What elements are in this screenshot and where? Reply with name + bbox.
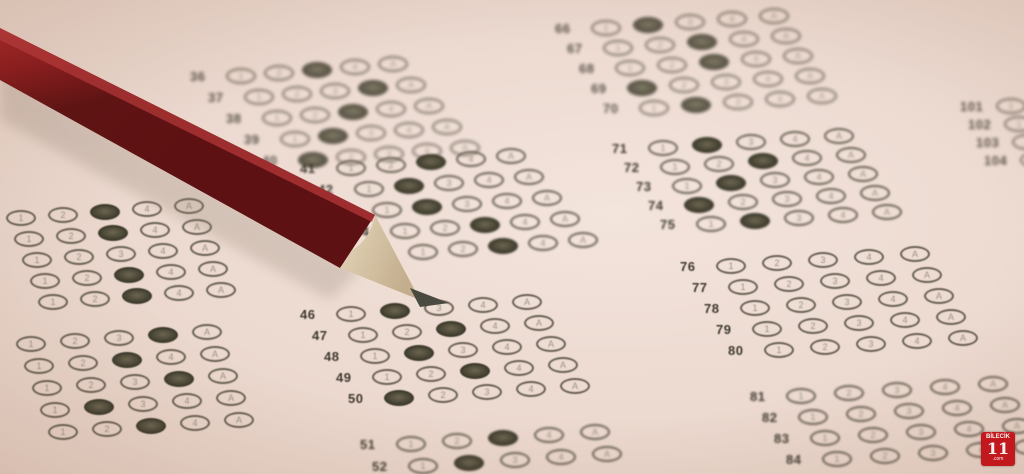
answer-bubble[interactable]: 4 (717, 11, 747, 27)
answer-bubble[interactable]: 3 (106, 246, 136, 262)
answer-bubble[interactable]: 2 (442, 433, 472, 449)
answer-bubble[interactable]: 1 (639, 100, 669, 116)
question-number: 68 (579, 61, 594, 76)
answer-bubble-filled[interactable]: 2 (633, 17, 663, 33)
answer-bubble[interactable]: 3 (424, 300, 454, 316)
answer-bubble[interactable]: A (900, 246, 930, 262)
answer-bubble[interactable]: 4 (492, 339, 522, 355)
answer-bubble-filled[interactable]: 3 (699, 54, 729, 70)
question-number: 70 (603, 101, 618, 116)
answer-bubble[interactable]: A (208, 368, 238, 384)
answer-bubble[interactable]: 1 (798, 409, 828, 425)
answer-bubble-filled[interactable]: 3 (136, 418, 166, 434)
question-number: 43 (336, 203, 351, 218)
answer-bubble[interactable]: A (924, 288, 954, 304)
answer-bubble-filled[interactable]: 3 (436, 321, 466, 337)
answer-bubble[interactable]: A (514, 169, 544, 185)
answer-bubble[interactable]: 1 (280, 131, 310, 147)
answer-bubble[interactable]: 4 (890, 312, 920, 328)
question-number: 45 (372, 245, 387, 260)
answer-bubble[interactable]: 2 (416, 366, 446, 382)
answer-bubble[interactable]: 1 (1012, 134, 1024, 150)
answer-bubble[interactable]: A (396, 77, 426, 93)
answer-bubble[interactable]: 2 (645, 37, 675, 53)
answer-bubble[interactable]: 3 (820, 273, 850, 289)
answer-bubble[interactable]: 1 (408, 458, 438, 474)
answer-bubble[interactable]: 4 (376, 101, 406, 117)
answer-bubble[interactable]: 3 (320, 83, 350, 99)
answer-bubble[interactable]: 4 (474, 172, 504, 188)
answer-bubble[interactable]: 3 (452, 196, 482, 212)
answer-bubble[interactable]: 1 (354, 181, 384, 197)
answer-bubble[interactable]: 1 (390, 223, 420, 239)
answer-bubble[interactable]: 4 (480, 318, 510, 334)
answer-bubble[interactable]: 4 (753, 71, 783, 87)
answer-bubble[interactable]: 2 (762, 255, 792, 271)
answer-bubble[interactable]: 4 (534, 427, 564, 443)
answer-bubble[interactable]: 4 (741, 51, 771, 67)
answer-bubble[interactable]: 1 (48, 424, 78, 440)
answer-bubble[interactable]: A (912, 267, 942, 283)
answer-bubble[interactable]: A (532, 190, 562, 206)
answer-bubble[interactable]: A (548, 357, 578, 373)
answer-bubble[interactable]: A (795, 68, 825, 84)
question-number: 50 (348, 391, 363, 406)
answer-bubble[interactable]: 3 (120, 374, 150, 390)
answer-bubble[interactable]: 4 (468, 297, 498, 313)
answer-bubble[interactable]: 1 (740, 300, 770, 316)
answer-bubble[interactable]: A (807, 88, 837, 104)
question-number: 73 (636, 179, 651, 194)
answer-bubble[interactable]: 4 (828, 207, 858, 223)
answer-bubble[interactable]: 3 (356, 125, 386, 141)
answer-bubble-filled[interactable]: 2 (380, 303, 410, 319)
answer-bubble[interactable]: 2 (300, 107, 330, 123)
answer-bubble[interactable]: 3 (711, 74, 741, 90)
answer-bubble[interactable]: A (224, 412, 254, 428)
answer-bubble[interactable]: 2 (448, 241, 478, 257)
answer-bubble[interactable]: 2 (704, 156, 734, 172)
answer-bubble-filled[interactable]: 2 (318, 128, 348, 144)
answer-bubble[interactable]: 1 (672, 178, 702, 194)
answer-bubble-filled[interactable]: 2 (412, 199, 442, 215)
answer-bubble[interactable]: 2 (56, 228, 86, 244)
answer-bubble[interactable]: 1 (408, 244, 438, 260)
answer-bubble[interactable]: A (206, 282, 236, 298)
answer-bubble[interactable]: A (190, 240, 220, 256)
answer-bubble[interactable]: 4 (164, 285, 194, 301)
answer-bubble[interactable]: 1 (30, 273, 60, 289)
answer-bubble-filled[interactable]: 3 (98, 225, 128, 241)
answer-bubble[interactable]: 4 (780, 131, 810, 147)
answer-bubble[interactable]: 2 (846, 406, 876, 422)
answer-bubble-filled[interactable]: 2 (740, 213, 770, 229)
answer-bubble[interactable]: 1 (360, 348, 390, 364)
answer-bubble[interactable]: 4 (954, 421, 984, 437)
answer-bubble[interactable]: 2 (48, 207, 78, 223)
answer-bubble-filled[interactable]: 2 (84, 399, 114, 415)
answer-bubble[interactable]: 4 (394, 122, 424, 138)
answer-bubble[interactable]: A (560, 378, 590, 394)
answer-bubble[interactable]: A (978, 376, 1008, 392)
answer-bubble[interactable]: 4 (902, 333, 932, 349)
answer-bubble[interactable]: 2 (669, 77, 699, 93)
question-number: 51 (360, 437, 375, 452)
answer-bubble[interactable]: 4 (878, 291, 908, 307)
answer-bubble-filled[interactable]: 4 (164, 371, 194, 387)
answer-bubble[interactable]: A (432, 119, 462, 135)
answer-bubble[interactable]: 4 (132, 201, 162, 217)
question-number: 84 (786, 452, 801, 467)
answer-bubble[interactable]: 1 (716, 258, 746, 274)
answer-bubble[interactable]: 1 (603, 40, 633, 56)
logo-number: 11 (981, 441, 1015, 456)
answer-bubble[interactable]: A (182, 219, 212, 235)
answer-bubble-filled[interactable]: 2 (404, 345, 434, 361)
answer-bubble[interactable]: A (414, 98, 444, 114)
question-number: 42 (318, 182, 333, 197)
answer-bubble[interactable]: 1 (348, 327, 378, 343)
question-number: 79 (716, 322, 731, 337)
answer-bubble[interactable]: 1 (786, 388, 816, 404)
answer-bubble[interactable]: 3 (882, 382, 912, 398)
answer-bubble[interactable]: 1 (16, 336, 46, 352)
question-number: 76 (680, 259, 695, 274)
answer-bubble[interactable]: 4 (172, 393, 202, 409)
answer-bubble[interactable]: 4 (528, 235, 558, 251)
answer-bubble[interactable]: 2 (834, 385, 864, 401)
question-number: 66 (555, 21, 570, 36)
answer-sheet-photo: 361234A371234A381234A391234A401234A41123… (0, 0, 1024, 474)
answer-bubble-filled[interactable]: 3 (460, 363, 490, 379)
answer-bubble[interactable]: 3 (784, 210, 814, 226)
bilecik11-logo: BİLECİK 11 .com (981, 432, 1015, 466)
answer-bubble-filled[interactable]: 3 (122, 288, 152, 304)
answer-bubble[interactable]: 1 (822, 451, 852, 467)
answer-bubble[interactable]: 4 (866, 270, 896, 286)
answer-bubble[interactable]: 4 (510, 214, 540, 230)
answer-bubble[interactable]: 2 (72, 270, 102, 286)
answer-bubble[interactable]: 2 (68, 355, 98, 371)
answer-bubble[interactable]: 3 (500, 452, 530, 468)
question-number: 82 (762, 410, 777, 425)
answer-bubble[interactable]: 1 (648, 140, 678, 156)
answer-bubble[interactable]: 2 (810, 339, 840, 355)
answer-bubble[interactable]: 4 (492, 193, 522, 209)
answer-bubble[interactable]: 4 (765, 91, 795, 107)
answer-bubble[interactable]: 3 (856, 336, 886, 352)
question-number: 102 (968, 117, 991, 132)
question-number: 38 (226, 111, 241, 126)
answer-bubble[interactable]: 2 (80, 291, 110, 307)
answer-bubble[interactable]: 2 (60, 333, 90, 349)
answer-bubble[interactable]: 3 (894, 403, 924, 419)
answer-bubble[interactable]: 4 (546, 449, 576, 465)
answer-bubble[interactable]: A (216, 390, 246, 406)
answer-bubble[interactable]: A (496, 148, 526, 164)
question-number: 78 (704, 301, 719, 316)
question-number: 74 (648, 198, 663, 213)
answer-bubble[interactable]: A (836, 147, 866, 163)
answer-bubble[interactable]: 1 (660, 159, 690, 175)
answer-bubble-filled[interactable]: 4 (358, 80, 388, 96)
question-number: 44 (354, 224, 369, 239)
answer-bubble[interactable]: A (1014, 439, 1024, 455)
answer-bubble-filled[interactable]: 1 (627, 80, 657, 96)
answer-bubble[interactable]: 1 (728, 279, 758, 295)
answer-bubble[interactable]: 3 (736, 134, 766, 150)
answer-bubble[interactable]: 1 (996, 98, 1024, 114)
answer-bubble[interactable]: A (198, 261, 228, 277)
answer-bubble[interactable]: A (783, 48, 813, 64)
answer-bubble[interactable]: A (378, 56, 408, 72)
answer-bubble[interactable]: 1 (615, 60, 645, 76)
answer-bubble[interactable]: A (824, 128, 854, 144)
question-number: 67 (567, 41, 582, 56)
answer-bubble[interactable]: 1 (6, 210, 36, 226)
answer-bubble[interactable]: 4 (854, 249, 884, 265)
question-number: 49 (336, 370, 351, 385)
answer-bubble[interactable]: 2 (798, 318, 828, 334)
answer-bubble[interactable]: A (771, 28, 801, 44)
answer-bubble[interactable]: A (524, 315, 554, 331)
answer-bubble[interactable]: 4 (148, 243, 178, 259)
answer-bubble[interactable]: 2 (392, 324, 422, 340)
answer-bubble[interactable]: 1 (396, 436, 426, 452)
answer-bubble[interactable]: 4 (516, 381, 546, 397)
question-number: 83 (774, 431, 789, 446)
answer-bubble[interactable]: A (536, 336, 566, 352)
answer-bubble[interactable]: 1 (696, 216, 726, 232)
answer-bubble-filled[interactable]: 3 (687, 34, 717, 50)
question-number: 80 (728, 343, 743, 358)
question-number: 75 (660, 217, 675, 232)
answer-bubble-filled[interactable]: 3 (416, 154, 446, 170)
answer-bubble[interactable]: A (174, 198, 204, 214)
answer-bubble[interactable]: 2 (774, 276, 804, 292)
question-number: 52 (372, 459, 387, 474)
answer-bubble[interactable]: 1 (336, 306, 366, 322)
answer-bubble[interactable]: 1 (372, 369, 402, 385)
question-number: 72 (624, 160, 639, 175)
answer-bubble[interactable]: 3 (104, 330, 134, 346)
answer-bubble[interactable]: 2 (430, 220, 460, 236)
answer-bubble[interactable]: 3 (772, 191, 802, 207)
answer-bubble[interactable]: 4 (942, 400, 972, 416)
answer-bubble[interactable]: 4 (930, 379, 960, 395)
answer-bubble[interactable]: 1 (336, 160, 366, 176)
question-number: 81 (750, 389, 765, 404)
answer-bubble[interactable]: 1 (24, 358, 54, 374)
answer-bubble[interactable]: 1 (244, 89, 274, 105)
question-number: 39 (244, 132, 259, 147)
answer-bubble[interactable]: 3 (832, 294, 862, 310)
answer-bubble[interactable]: A (592, 446, 622, 462)
answer-bubble[interactable]: 4 (180, 415, 210, 431)
answer-bubble[interactable]: 2 (92, 421, 122, 437)
answer-bubble[interactable]: 1 (22, 252, 52, 268)
answer-bubble[interactable]: 1 (764, 342, 794, 358)
answer-bubble-filled[interactable]: 1 (384, 390, 414, 406)
answer-bubble-filled[interactable]: 1 (684, 197, 714, 213)
answer-bubble[interactable]: 4 (156, 264, 186, 280)
question-number: 71 (612, 141, 627, 156)
answer-bubble[interactable]: 1 (1004, 116, 1024, 132)
question-number: 47 (312, 328, 327, 343)
question-number: 37 (208, 90, 223, 105)
answer-bubble-filled[interactable]: 3 (90, 204, 120, 220)
answer-bubble[interactable]: 2 (870, 448, 900, 464)
answer-bubble[interactable]: 3 (675, 14, 705, 30)
answer-bubble[interactable]: 4 (804, 169, 834, 185)
answer-bubble[interactable]: 2 (786, 297, 816, 313)
answer-bubble[interactable]: 1 (1020, 152, 1024, 168)
answer-bubble[interactable]: A (192, 324, 222, 340)
answer-bubble[interactable]: A (948, 330, 978, 346)
answer-bubble[interactable]: 3 (906, 424, 936, 440)
answer-bubble[interactable]: 4 (792, 150, 822, 166)
answer-bubble-filled[interactable]: 2 (454, 455, 484, 471)
answer-bubble[interactable]: 2 (264, 65, 294, 81)
answer-bubble-filled[interactable]: 3 (302, 62, 332, 78)
answer-bubble[interactable]: 2 (64, 249, 94, 265)
answer-bubble[interactable]: 1 (810, 430, 840, 446)
answer-bubble-filled[interactable]: 2 (681, 97, 711, 113)
answer-bubble[interactable]: A (200, 346, 230, 362)
question-number: 36 (190, 69, 205, 84)
answer-bubble[interactable]: 1 (226, 68, 256, 84)
answer-bubble[interactable]: 4 (816, 188, 846, 204)
answer-bubble[interactable]: 1 (38, 294, 68, 310)
answer-bubble[interactable]: 3 (918, 445, 948, 461)
question-number: 103 (976, 135, 999, 150)
answer-bubble-filled[interactable]: 3 (114, 267, 144, 283)
question-number: 48 (324, 349, 339, 364)
answer-bubble[interactable]: 2 (728, 194, 758, 210)
answer-bubble[interactable]: 4 (340, 59, 370, 75)
answer-bubble[interactable]: 3 (760, 172, 790, 188)
question-number: 41 (300, 161, 315, 176)
answer-bubble[interactable]: A (550, 211, 580, 227)
answer-bubble[interactable]: A (580, 424, 610, 440)
answer-bubble[interactable]: 1 (32, 380, 62, 396)
answer-bubble[interactable]: 3 (844, 315, 874, 331)
answer-bubble[interactable]: 4 (729, 31, 759, 47)
answer-bubble-filled[interactable]: 3 (488, 430, 518, 446)
answer-bubble-filled[interactable]: 3 (338, 104, 368, 120)
answer-bubble[interactable]: 2 (428, 387, 458, 403)
question-number: 101 (960, 99, 983, 114)
answer-bubble[interactable]: 1 (40, 402, 70, 418)
answer-bubble[interactable]: 4 (156, 349, 186, 365)
answer-bubble[interactable]: 4 (140, 222, 170, 238)
answer-bubble[interactable]: 2 (376, 157, 406, 173)
answer-bubble[interactable]: A (568, 232, 598, 248)
answer-bubble[interactable]: 2 (76, 377, 106, 393)
question-number: 77 (692, 280, 707, 295)
answer-bubble[interactable]: 4 (504, 360, 534, 376)
answer-bubble[interactable]: A (848, 166, 878, 182)
answer-bubble[interactable]: 2 (657, 57, 687, 73)
answer-bubble-filled[interactable]: 2 (716, 175, 746, 191)
question-number: 104 (984, 153, 1007, 168)
answer-bubble-filled[interactable]: 3 (470, 217, 500, 233)
answer-bubble[interactable]: A (860, 185, 890, 201)
answer-bubble[interactable]: 4 (456, 151, 486, 167)
answer-bubble[interactable]: A (872, 204, 902, 220)
answer-bubble-filled[interactable]: 2 (692, 137, 722, 153)
answer-bubble-filled[interactable]: 4 (148, 327, 178, 343)
answer-bubble[interactable]: 1 (372, 202, 402, 218)
question-number: 40 (262, 153, 277, 168)
answer-bubble-filled[interactable]: 3 (748, 153, 778, 169)
answer-bubble[interactable]: A (936, 309, 966, 325)
answer-bubble[interactable]: A (990, 397, 1020, 413)
answer-bubble[interactable]: 3 (472, 384, 502, 400)
answer-bubble-filled[interactable]: 3 (488, 238, 518, 254)
answer-bubble[interactable]: 1 (591, 20, 621, 36)
answer-bubble-filled[interactable]: 3 (112, 352, 142, 368)
answer-bubble[interactable]: 3 (448, 342, 478, 358)
question-number: 46 (300, 307, 315, 322)
answer-bubble[interactable]: 3 (808, 252, 838, 268)
answer-bubble[interactable]: 2 (282, 86, 312, 102)
answer-bubble[interactable]: 3 (723, 94, 753, 110)
answer-bubble[interactable]: 3 (128, 396, 158, 412)
answer-bubble[interactable]: A (759, 8, 789, 24)
answer-bubble-filled[interactable]: 2 (394, 178, 424, 194)
answer-bubble[interactable]: 1 (262, 110, 292, 126)
answer-bubble[interactable]: A (512, 294, 542, 310)
answer-bubble[interactable]: 3 (434, 175, 464, 191)
question-number: 69 (591, 81, 606, 96)
answer-bubble[interactable]: 2 (858, 427, 888, 443)
answer-bubble[interactable]: 1 (14, 231, 44, 247)
answer-bubble[interactable]: 1 (752, 321, 782, 337)
